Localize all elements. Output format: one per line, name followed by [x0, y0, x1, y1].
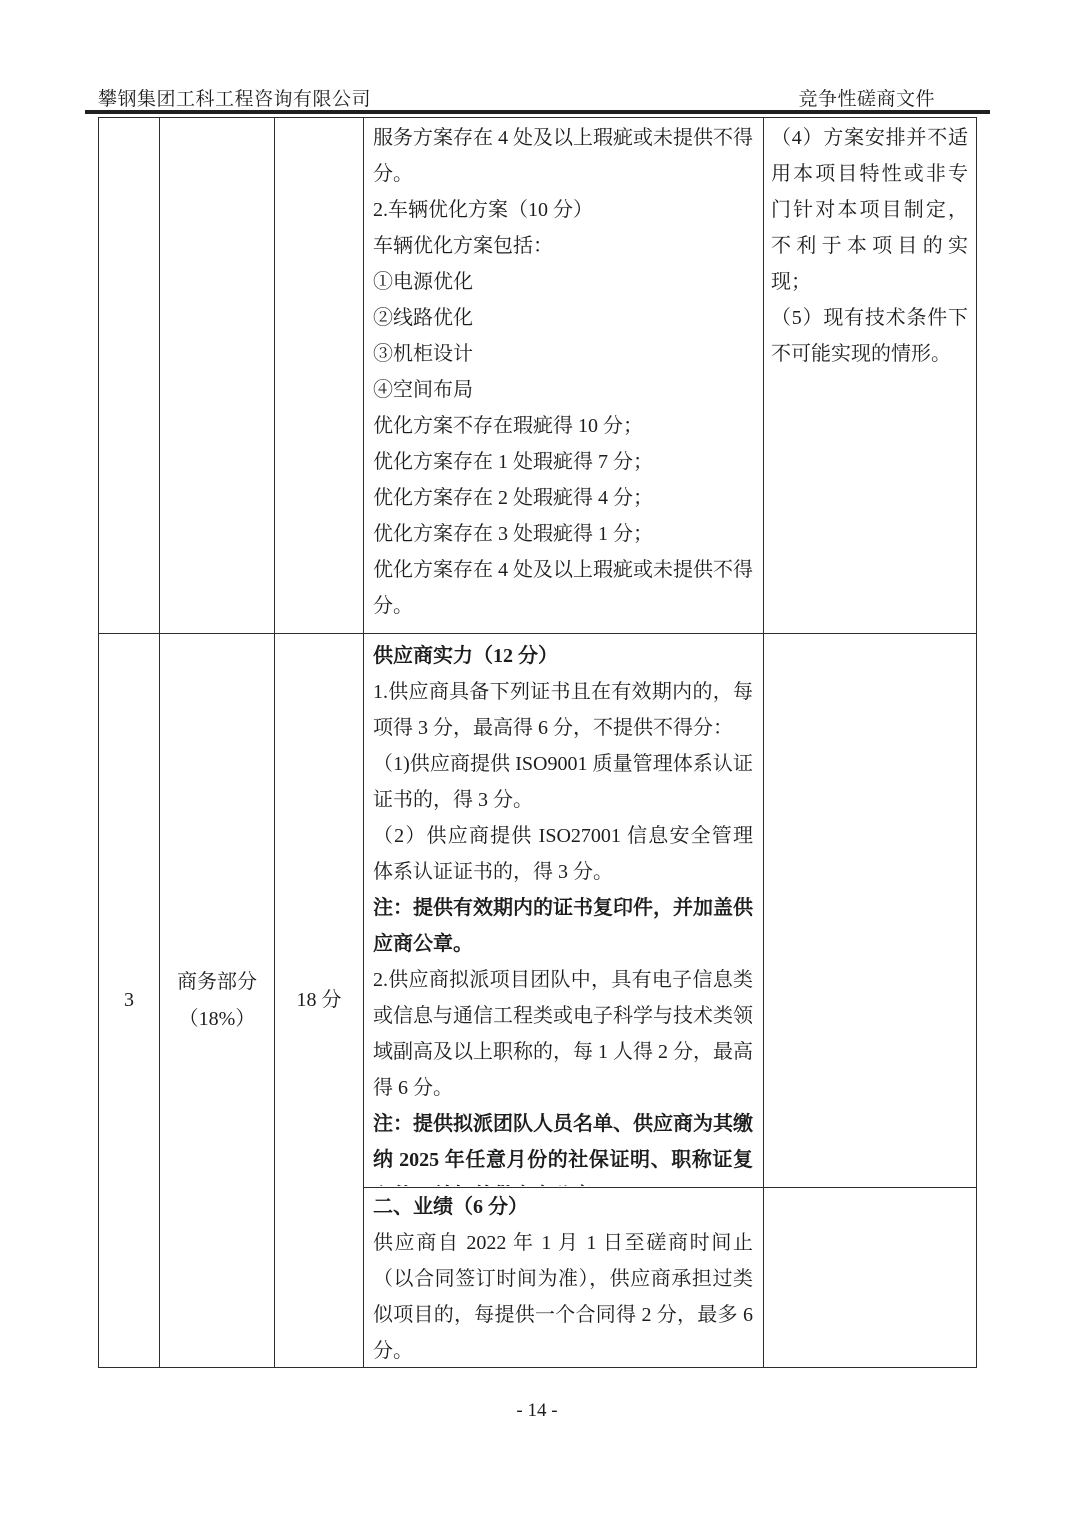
paragraph: 2.供应商拟派项目团队中，具有电子信息类或信息与通信工程类或电子科学与技术类领域…: [373, 962, 753, 1106]
paragraph: 优化方案不存在瑕疵得 10 分；: [373, 408, 753, 444]
row-divider-sections: [363, 1187, 976, 1188]
paragraph: 车辆优化方案包括：: [373, 228, 753, 264]
score-cell: 18 分: [275, 634, 363, 1367]
document-page: { "page": { "header": { "company": "攀钢集团…: [0, 0, 1074, 1520]
performance-cell: 二、业绩（6 分）供应商自 2022 年 1 月 1 日至磋商时间止（以合同签订…: [373, 1189, 753, 1367]
category-weight: （18%）: [179, 1001, 256, 1038]
paragraph: ②线路优化: [373, 300, 753, 336]
paragraph: 注：提供拟派团队人员名单、供应商为其缴纳 2025 年任意月份的社保证明、职称证…: [373, 1106, 753, 1186]
paragraph: 注：提供有效期内的证书复印件，并加盖供应商公章。: [373, 890, 753, 962]
paragraph: ③机柜设计: [373, 336, 753, 372]
page-number: - 14 -: [0, 1400, 1074, 1422]
category-cell: 商务部分 （18%）: [160, 634, 274, 1367]
paragraph: 二、业绩（6 分）: [373, 1189, 753, 1225]
col-divider-score-criteria: [363, 118, 364, 1367]
header-doc-type: 竞争性磋商文件: [798, 84, 935, 111]
seq-number: 3: [124, 982, 134, 1019]
paragraph: 优化方案存在 1 处瑕疵得 7 分；: [373, 444, 753, 480]
supplier-strength-cell: 供应商实力（12 分）1.供应商具备下列证书且在有效期内的，每项得 3 分，最高…: [373, 638, 753, 1186]
score-value: 18 分: [297, 982, 342, 1019]
criteria-cell-continued: 服务方案存在 4 处及以上瑕疵或未提供不得分。2.车辆优化方案（10 分）车辆优…: [373, 120, 753, 632]
paragraph: （5）现有技术条件下不可能实现的情形。: [771, 300, 968, 372]
paragraph: （1)供应商提供 ISO9001 质量管理体系认证证书的，得 3 分。: [373, 746, 753, 818]
header-rule: [85, 110, 990, 114]
paragraph: 优化方案存在 2 处瑕疵得 4 分；: [373, 480, 753, 516]
header-company-name: 攀钢集团工科工程咨询有限公司: [98, 84, 371, 111]
col-divider-criteria-notes: [763, 118, 764, 1367]
paragraph: ①电源优化: [373, 264, 753, 300]
seq-cell: 3: [99, 634, 159, 1367]
paragraph: 1.供应商具备下列证书且在有效期内的，每项得 3 分，最高得 6 分，不提供不得…: [373, 674, 753, 746]
paragraph: 供应商自 2022 年 1 月 1 日至磋商时间止（以合同签订时间为准），供应商…: [373, 1225, 753, 1367]
paragraph: 服务方案存在 4 处及以上瑕疵或未提供不得分。: [373, 120, 753, 192]
paragraph: 供应商实力（12 分）: [373, 638, 753, 674]
paragraph: 优化方案存在 3 处瑕疵得 1 分；: [373, 516, 753, 552]
scoring-table: 服务方案存在 4 处及以上瑕疵或未提供不得分。2.车辆优化方案（10 分）车辆优…: [98, 117, 977, 1368]
paragraph: 2.车辆优化方案（10 分）: [373, 192, 753, 228]
notes-cell-continued: （4）方案安排并不适用本项目特性或非专门针对本项目制定，不利于本项目的实现；（5…: [771, 120, 968, 632]
paragraph: （4）方案安排并不适用本项目特性或非专门针对本项目制定，不利于本项目的实现；: [771, 120, 968, 300]
category-name: 商务部分: [177, 964, 257, 1001]
paragraph: ④空间布局: [373, 372, 753, 408]
paragraph: （2）供应商提供 ISO27001 信息安全管理体系认证证书的，得 3 分。: [373, 818, 753, 890]
paragraph: 优化方案存在 4 处及以上瑕疵或未提供不得分。: [373, 552, 753, 624]
